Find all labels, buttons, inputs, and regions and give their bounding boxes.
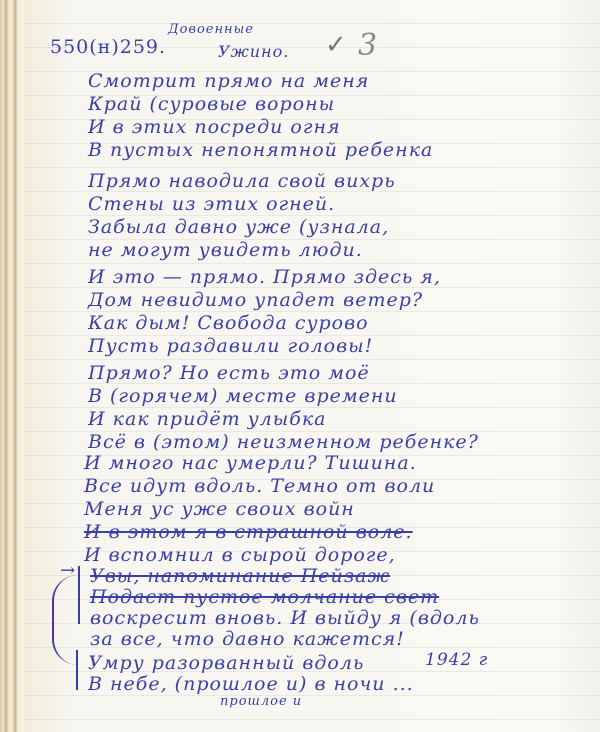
notebook-page: 550(н)259. Довоенные Ужино. ✓ 3 Смотрит … bbox=[0, 0, 600, 732]
poem-line: Край (суровые вороны bbox=[88, 93, 335, 115]
reference-number: 550(н)259. bbox=[50, 36, 166, 58]
poem-line: воскресит вновь. И выйду я (вдоль bbox=[90, 607, 480, 629]
poem-line: Все идут вдоль. Темно от воли bbox=[84, 475, 435, 497]
title-lower: Ужино. bbox=[218, 42, 289, 61]
insertion-note: прошлое и bbox=[220, 694, 302, 709]
grade-mark: 3 bbox=[358, 28, 378, 63]
poem-line: Как дым! Свобода сурово bbox=[88, 312, 369, 334]
poem-line: Стены из этих огней. bbox=[88, 193, 335, 215]
poem-line: И это — прямо. Прямо здесь я, bbox=[88, 266, 441, 288]
poem-line: Прямо наводила свой вихрь bbox=[88, 170, 396, 192]
poem-line: В пустых непонятной ребенка bbox=[88, 139, 433, 161]
notebook-binding bbox=[0, 0, 24, 732]
struck-poem-line: Подаст пустое молчание свет bbox=[90, 586, 439, 608]
check-mark-icon: ✓ bbox=[325, 30, 348, 60]
poem-line: И как придёт улыбка bbox=[88, 408, 327, 430]
poem-line: за все, что давно кажется! bbox=[90, 628, 405, 650]
poem-line: Меня ус уже своих войн bbox=[84, 498, 355, 520]
date-note: 1942 г bbox=[425, 650, 488, 670]
struck-poem-line: Увы, напоминание Пейзаж bbox=[90, 565, 390, 587]
insertion-curve bbox=[52, 575, 78, 665]
poem-line: И много нас умерли? Тишина. bbox=[84, 452, 417, 474]
poem-line: И в этих посреди огня bbox=[88, 116, 341, 138]
poem-line: В (горячем) месте времени bbox=[88, 385, 398, 407]
struck-poem-line: И в этом я в страшной воле. bbox=[84, 521, 413, 543]
poem-line: И вспомнил в сырой дороге, bbox=[84, 544, 396, 566]
poem-line: Всё в (этом) неизменном ребенке? bbox=[88, 431, 479, 453]
poem-line: Дом невидимо упадет ветер? bbox=[88, 289, 423, 311]
margin-bracket bbox=[78, 566, 80, 624]
poem-line: В небе, (прошлое и) в ночи ... bbox=[88, 673, 414, 695]
poem-line: Пусть раздавили головы! bbox=[88, 335, 373, 357]
poem-line: Забыла давно уже (узнала, bbox=[88, 216, 389, 238]
poem-line: Прямо? Но есть это моё bbox=[88, 362, 370, 384]
title-upper: Довоенные bbox=[168, 22, 254, 37]
poem-line: не могут увидеть люди. bbox=[88, 239, 363, 261]
poem-line: Смотрит прямо на меня bbox=[88, 70, 369, 92]
poem-line: Умру разорванный вдоль bbox=[88, 652, 364, 674]
